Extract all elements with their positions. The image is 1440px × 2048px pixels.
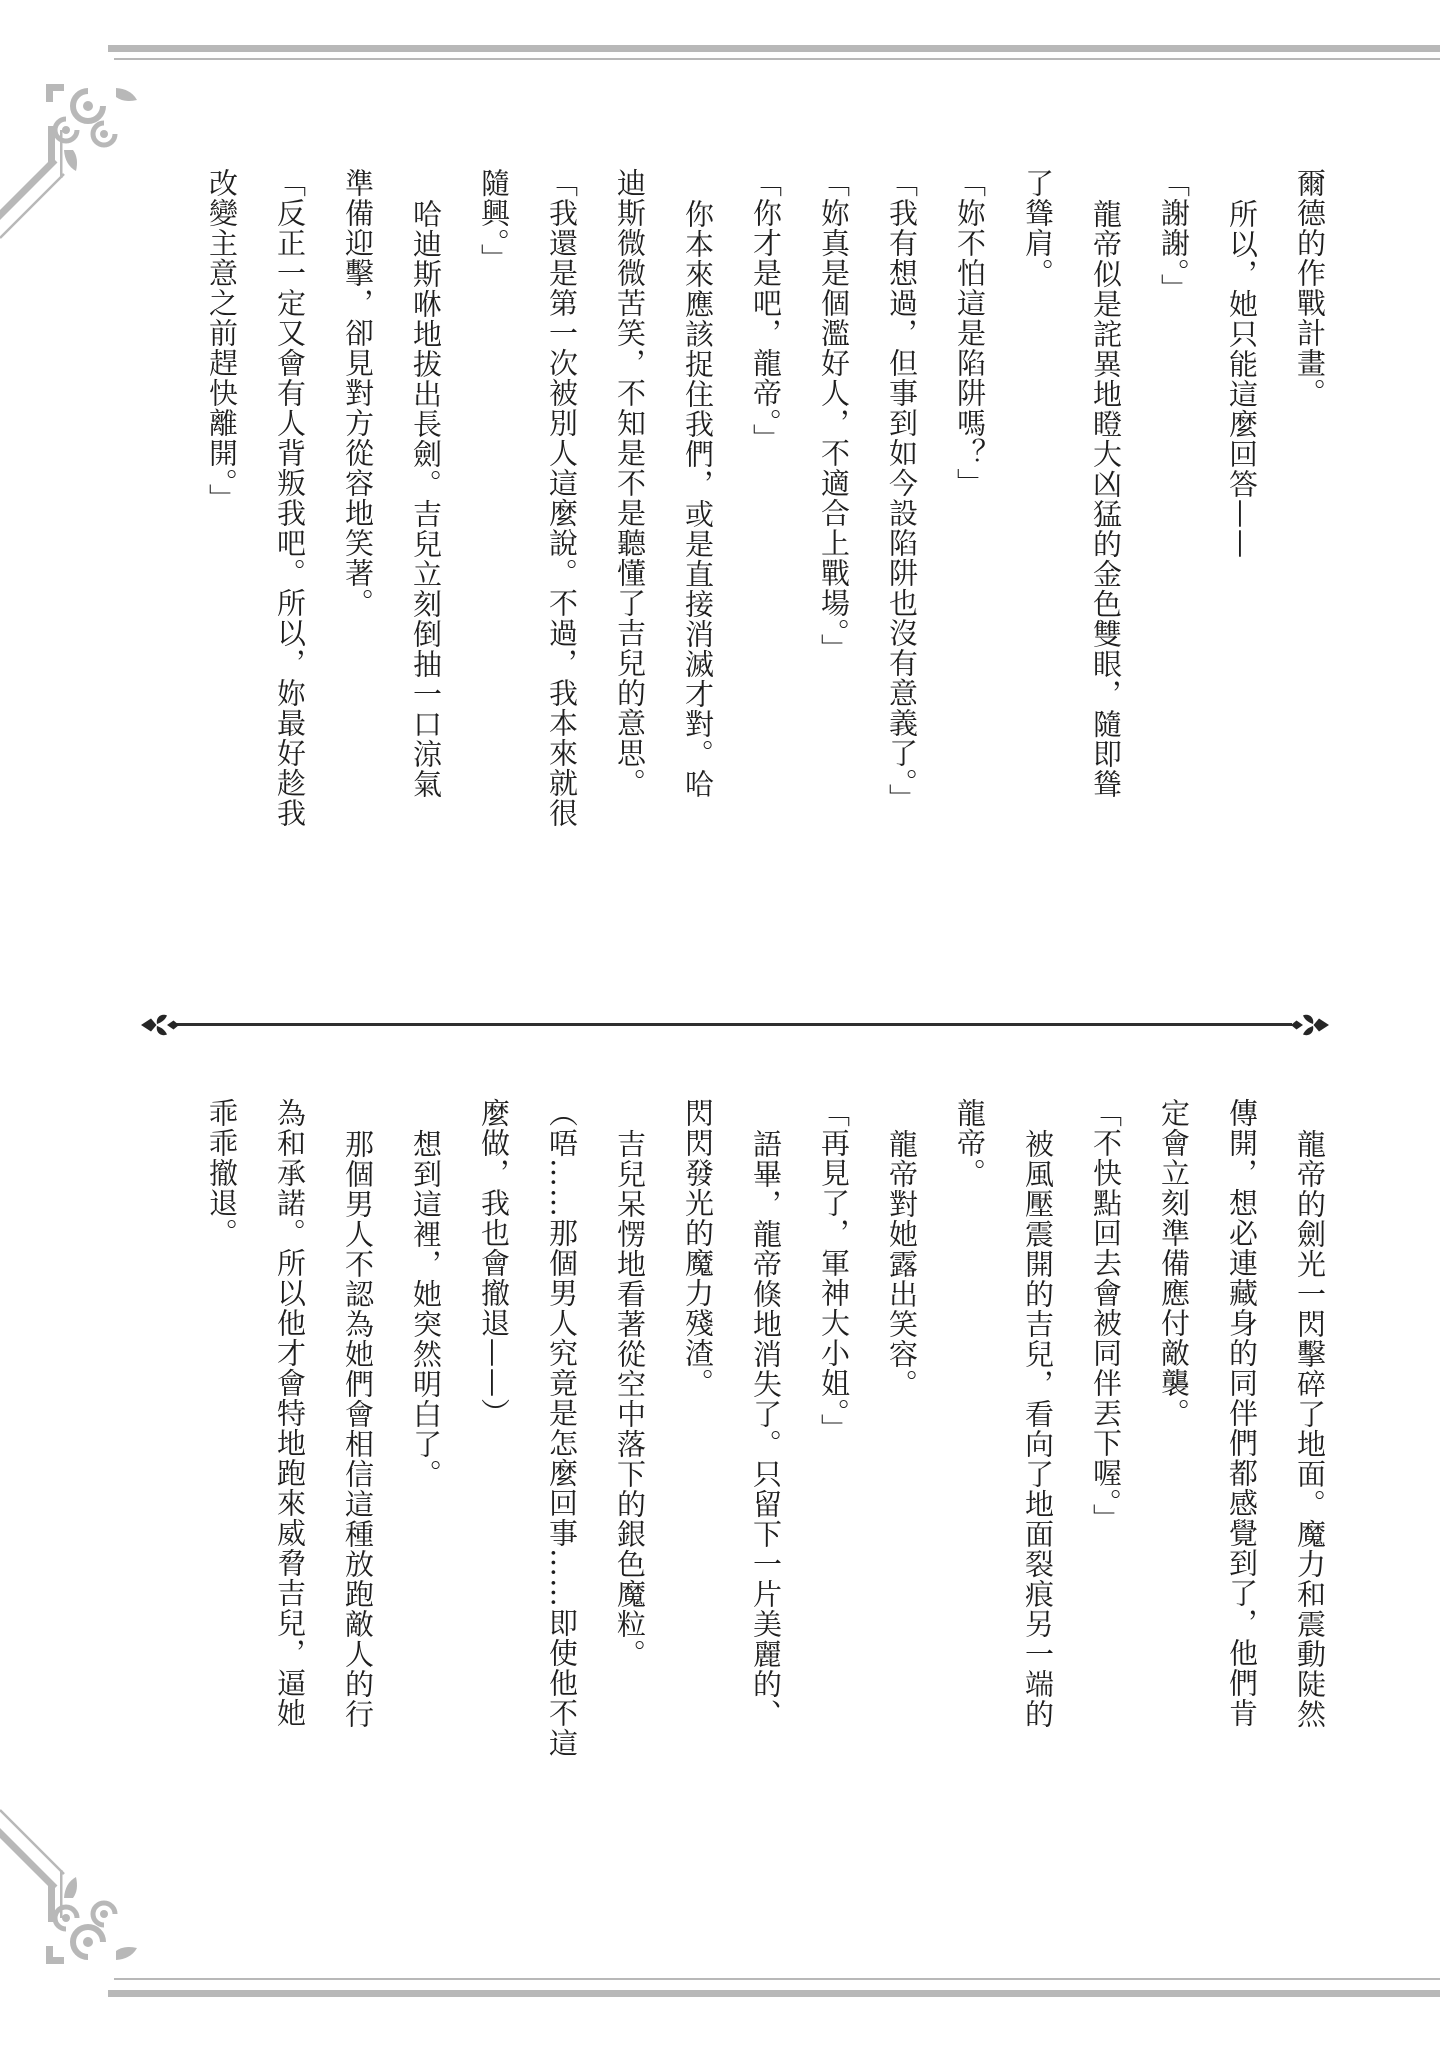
text-column: 「妳不怕這是陷阱嗎？」 [936,168,1004,840]
page-rule-top-thin [114,58,1440,60]
text-section-top: 爾德的作戰計畫。所以，她只能這麼回答——「謝謝。」龍帝似是詫異地瞪大凶猛的金色雙… [188,168,1344,840]
text-column: 哈迪斯咻地拔出長劍。吉兒立刻倒抽一口涼氣 [392,168,460,840]
text-column: 改變主意之前趕快離開。」 [188,168,256,840]
corner-flourish-icon [0,1800,210,2010]
text-column: 傳開，想必連藏身的同伴們都感覺到了，他們肯 [1208,1098,1276,1770]
text-column: 定會立刻準備應付敵襲。 [1140,1098,1208,1770]
text-column: 迪斯微微苦笑，不知是不是聽懂了吉兒的意思。 [596,168,664,840]
text-column: 麼做，我也會撤退——） [460,1098,528,1770]
text-column: 吉兒呆愣地看著從空中落下的銀色魔粒。 [596,1098,664,1770]
text-column: 龍帝對她露出笑容。 [868,1098,936,1770]
text-column: 為和承諾。所以他才會特地跑來威脅吉兒，逼她 [256,1098,324,1770]
text-column: 隨興。」 [460,168,528,840]
text-column: 你本來應該捉住我們，或是直接消滅才對。哈 [664,168,732,840]
text-column: 「再見了，軍神大小姐。」 [800,1098,868,1770]
text-column: 「我有想過，但事到如今設陷阱也沒有意義了。」 [868,168,936,840]
text-column: 乖乖撤退。 [188,1098,256,1770]
text-column: 語畢，龍帝倏地消失了。只留下一片美麗的、 [732,1098,800,1770]
page-rule-top-thick [108,45,1440,52]
page-rule-bottom-thick [108,1990,1440,1997]
text-column: 龍帝似是詫異地瞪大凶猛的金色雙眼，隨即聳 [1072,168,1140,840]
text-column: 「反正一定又會有人背叛我吧。所以，妳最好趁我 [256,168,324,840]
text-column: 閃閃發光的魔力殘渣。 [664,1098,732,1770]
text-column: 那個男人不認為她們會相信這種放跑敵人的行 [324,1098,392,1770]
text-column: 「不快點回去會被同伴丟下喔。」 [1072,1098,1140,1770]
text-column: 爾德的作戰計畫。 [1276,168,1344,840]
section-divider [176,1023,1292,1026]
corner-flourish-icon [0,38,210,248]
text-column: 「你才是吧，龍帝。」 [732,168,800,840]
text-column: 龍帝。 [936,1098,1004,1770]
divider-fleur-left-icon [140,1009,180,1041]
text-column: 龍帝的劍光一閃擊碎了地面。魔力和震動陡然 [1276,1098,1344,1770]
text-column: 想到這裡，她突然明白了。 [392,1098,460,1770]
text-column: 「妳真是個濫好人，不適合上戰場。」 [800,168,868,840]
text-column: 準備迎擊，卻見對方從容地笑著。 [324,168,392,840]
text-section-bottom: 龍帝的劍光一閃擊碎了地面。魔力和震動陡然傳開，想必連藏身的同伴們都感覺到了，他們… [188,1098,1344,1770]
divider-fleur-right-icon [1290,1009,1330,1041]
text-column: 「謝謝。」 [1140,168,1208,840]
text-column: 被風壓震開的吉兒，看向了地面裂痕另一端的 [1004,1098,1072,1770]
text-column: （唔……那個男人究竟是怎麼回事……即使他不這 [528,1098,596,1770]
page-rule-bottom-thin [114,1978,1440,1980]
text-column: 「我還是第一次被別人這麼說。不過，我本來就很 [528,168,596,840]
text-column: 了聳肩。 [1004,168,1072,840]
text-column: 所以，她只能這麼回答—— [1208,168,1276,840]
page-background: 爾德的作戰計畫。所以，她只能這麼回答——「謝謝。」龍帝似是詫異地瞪大凶猛的金色雙… [0,0,1440,2048]
